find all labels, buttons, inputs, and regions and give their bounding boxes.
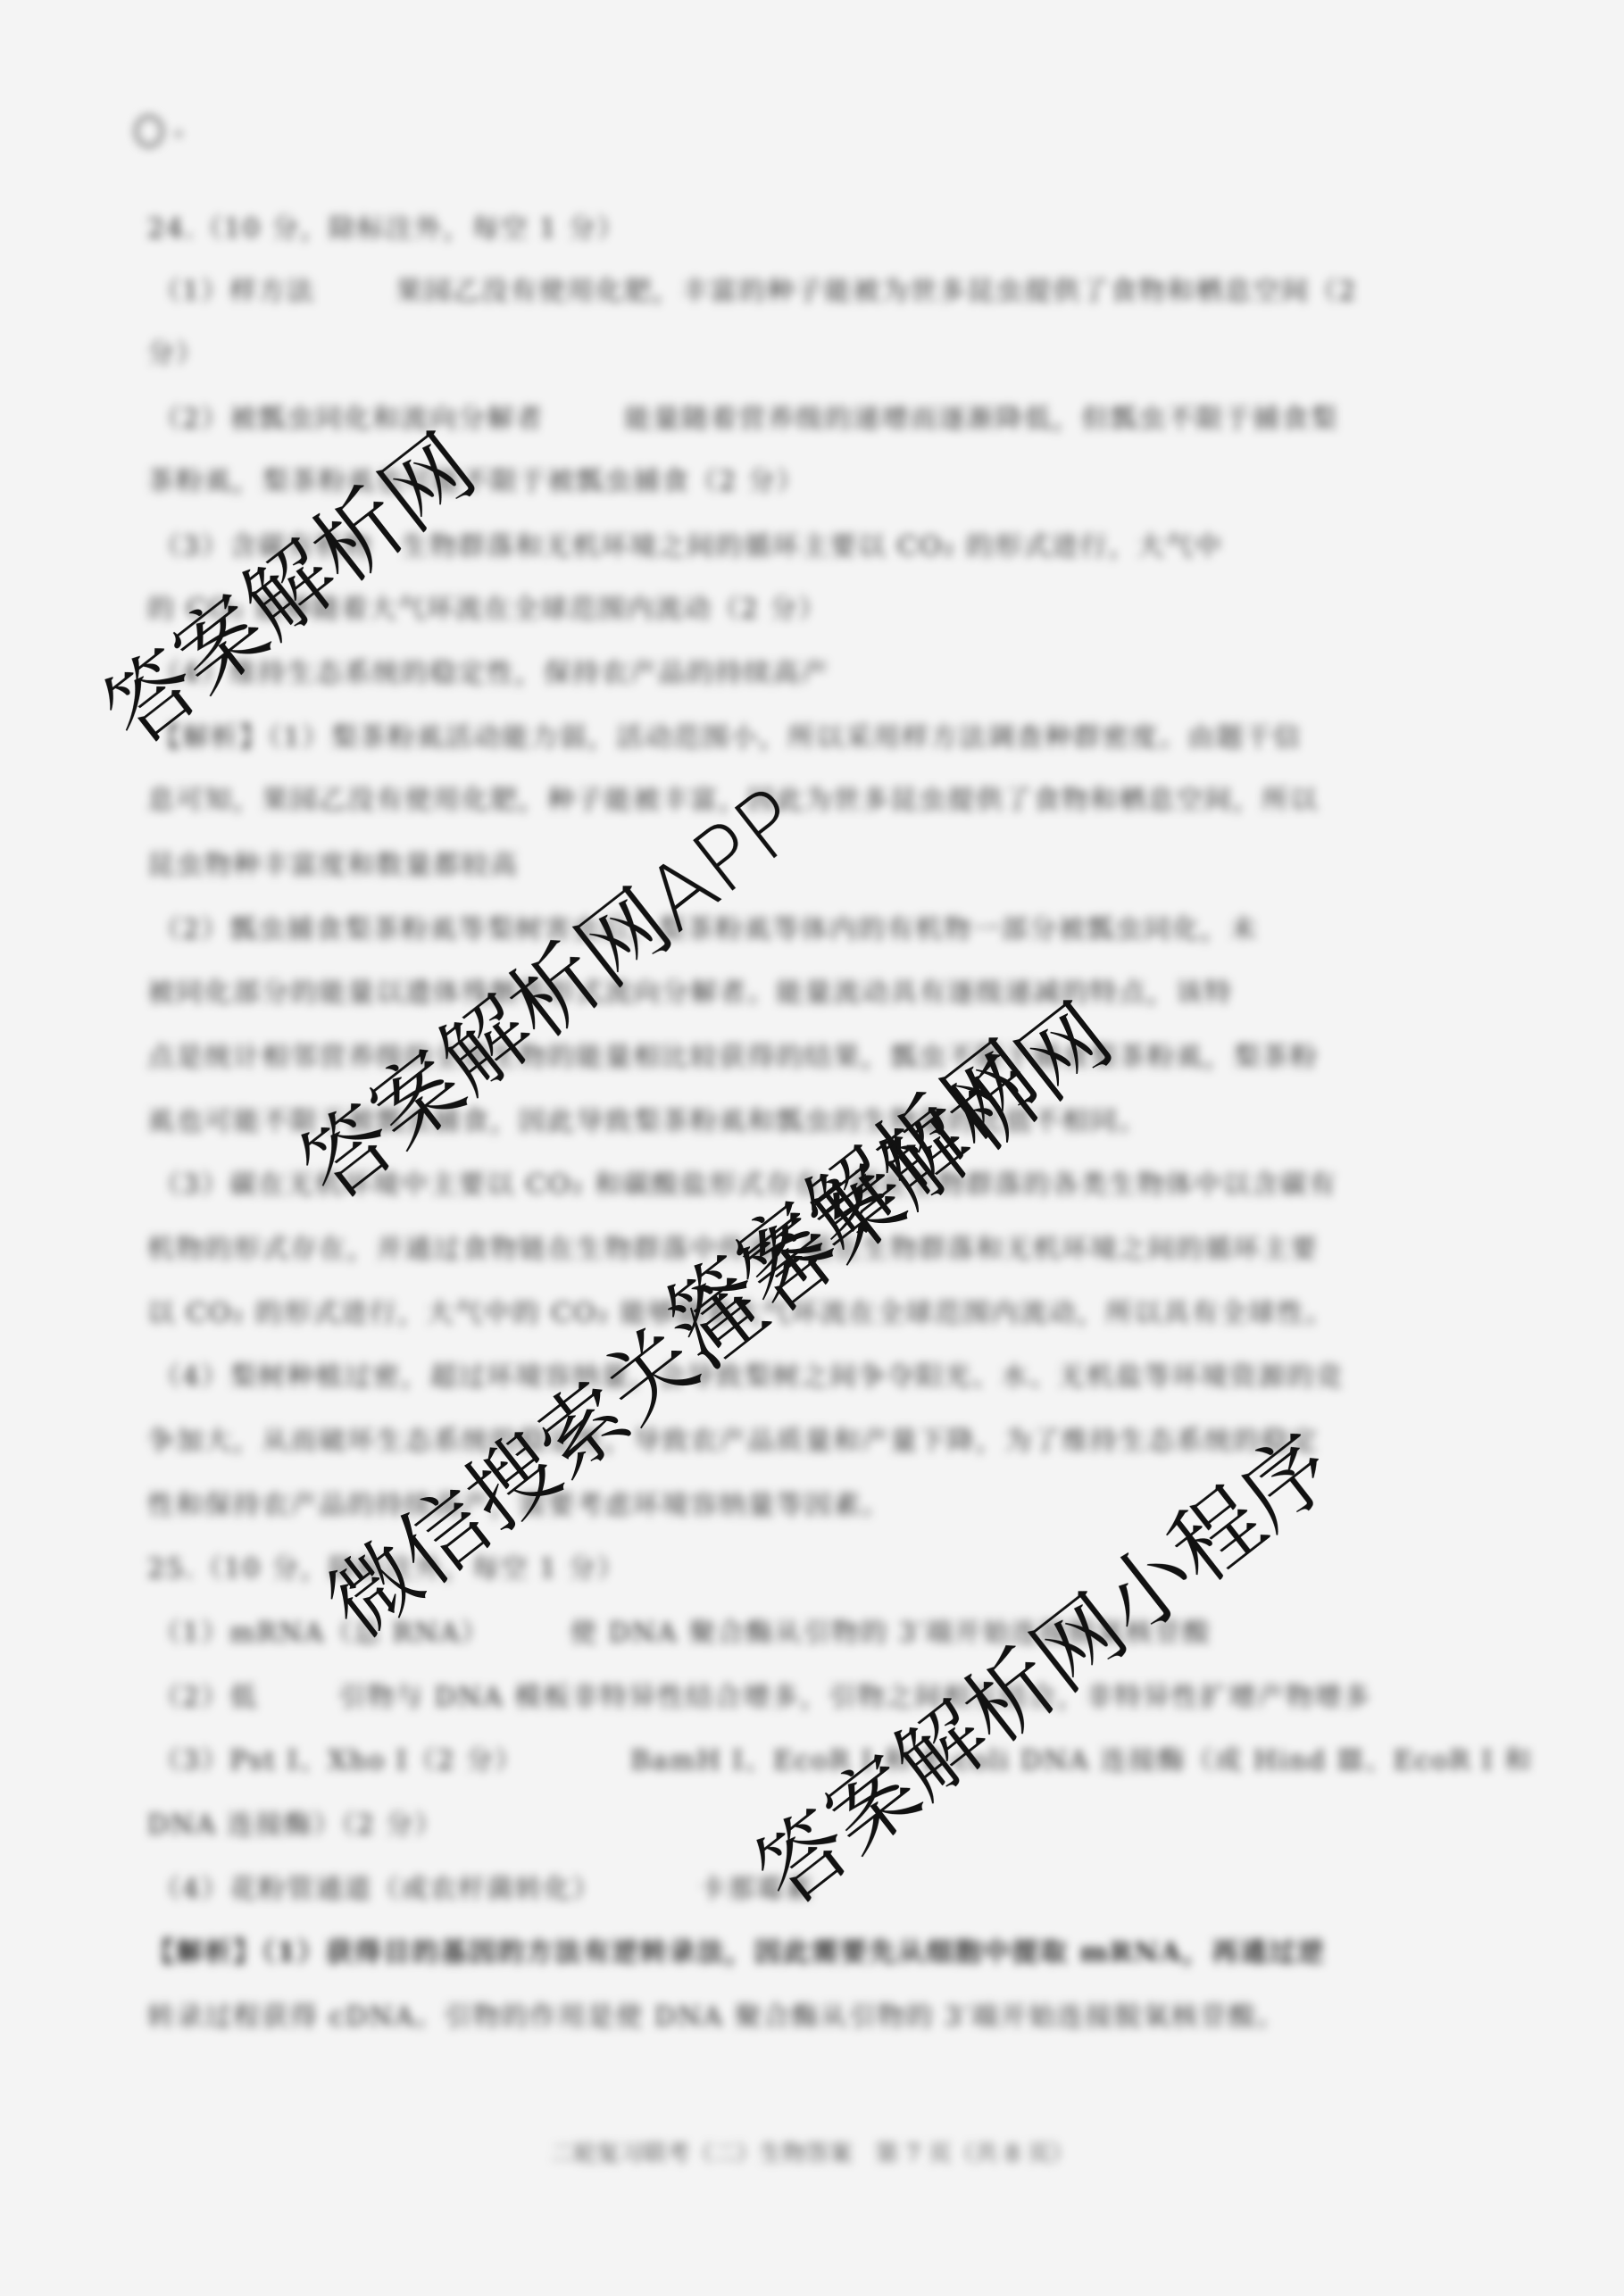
answer-text: （2）被瓢虫同化和流向分解者 — [154, 403, 544, 435]
q24-explain-2c: 点是统计相邻营养级的全部生物的能量相比较获得的结果，瓢虫不限于捕食梨茶粉虱，梨茶… — [147, 1040, 1319, 1076]
answer-text: 引物与 DNA 模板非特异性结合增多，引物之间相互结合，非特异性扩增产物增多 — [338, 1682, 1371, 1713]
q24-explain-1: 【解析】（1）梨茶粉虱活动能力弱，活动范围小，所以采用样方法调查种群密度。由题干… — [154, 720, 1302, 756]
q24-answer-2: （2）被瓢虫同化和流向分解者能量随着营养级的递增而逐渐降低，但瓢虫不限于捕食梨 — [154, 402, 1338, 437]
answer-text: 果园乙没有使用化肥，丰富的种子能被为世多昆虫提供了食物和栖息空间（2 — [396, 276, 1357, 307]
q25-answer-4: （4）花粉管通道（或农杆菌转化）卡那霉素 — [154, 1872, 813, 1908]
page-footer: 二轮复习联考（二）生物答案 第 7 页（共 8 页） — [0, 2135, 1624, 2168]
logo-dot — [175, 130, 182, 137]
q25-answer-3c: DNA 连接酶）（2 分） — [147, 1808, 443, 1843]
answer-text: BamH Ⅰ、EcoR Ⅰ 和 E·coli DNA 连接酶（或 Hind Ⅲ、… — [630, 1745, 1533, 1776]
q25-explain-1: 【解析】（1）获得目的基因的方法有逆转录法，因此需要先从细胞中提取 mRNA，再… — [147, 1935, 1326, 1971]
q24-explain-4b: 争加大，从而破坏生态系统的稳定性，导致农产品质量和产量下降，为了维持生态系统的稳… — [147, 1424, 1319, 1460]
answer-text: （4）花粉管通道（或农杆菌转化） — [154, 1874, 601, 1905]
q24-answer-1c: 分） — [147, 337, 204, 372]
q25-answer-2: （2）低引物与 DNA 模板非特异性结合增多，引物之间相互结合，非特异性扩增产物… — [154, 1680, 1371, 1716]
answer-text: （3）Pst Ⅰ、Xho Ⅰ（2 分） — [154, 1745, 523, 1776]
q24-answer-1: （1）样方法果园乙没有使用化肥，丰富的种子能被为世多昆虫提供了食物和栖息空间（2 — [154, 274, 1357, 310]
watermark-5: 答案解析网小程序 — [726, 1399, 1355, 1929]
answer-text: 能量随着营养级的递增而逐渐降低，但瓢虫不限于捕食梨 — [624, 403, 1338, 435]
watermark-1: 答案解析网 — [74, 400, 496, 769]
q24-explain-1c: 昆虫物种丰富度和数量都较高 — [147, 848, 519, 884]
document-page: 24.（10 分，除标注外，每空 1 分） （1）样方法果园乙没有使用化肥，丰富… — [0, 0, 1624, 2296]
answer-text: （1）mRNA（总 RNA） — [154, 1618, 489, 1649]
answer-text: （1）样方法 — [154, 276, 315, 307]
q24-title: 24.（10 分，除标注外，每空 1 分） — [147, 212, 626, 247]
q25-explain-1b: 转录过程获得 cDNA。引物的作用是使 DNA 聚合酶从引物的 3′端开始连接脱… — [147, 2000, 1286, 2035]
logo-icon — [134, 114, 164, 148]
answer-text: （2）低 — [154, 1682, 258, 1713]
